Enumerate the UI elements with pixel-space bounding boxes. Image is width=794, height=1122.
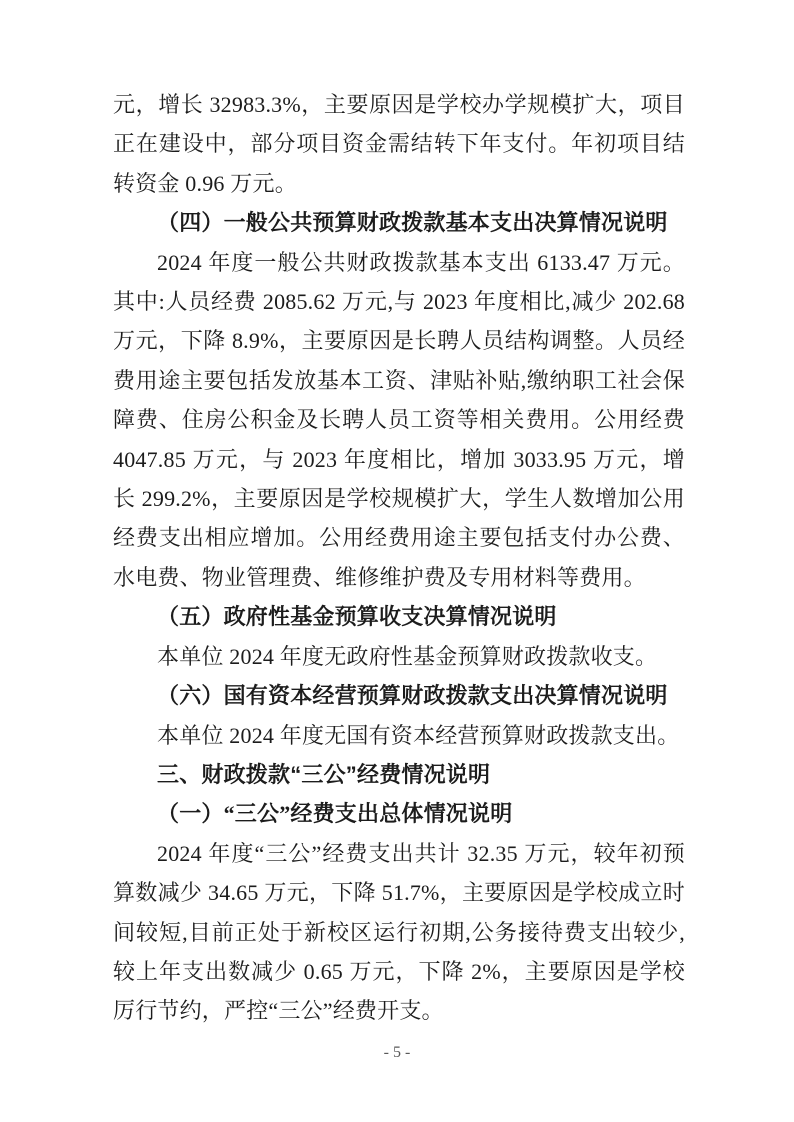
heading-section-five-government-fund: （五）政府性基金预算收支决算情况说明: [113, 597, 685, 636]
heading-section-six-state-capital: （六）国有资本经营预算财政拨款支出决算情况说明: [113, 676, 685, 715]
page-number: - 5 -: [0, 1044, 794, 1062]
document-body: 元，增长 32983.3%，主要原因是学校办学规模扩大，项目正在建设中，部分项目…: [113, 85, 685, 1031]
heading-section-one-sangong-overview: （一）“三公”经费支出总体情况说明: [113, 794, 685, 833]
heading-chapter-three-sangong-funds: 三、财政拨款“三公”经费情况说明: [113, 755, 685, 794]
paragraph-no-government-fund: 本单位 2024 年度无政府性基金预算财政拨款收支。: [113, 637, 685, 676]
paragraph-sangong-expenditure-detail: 2024 年度“三公”经费支出共计 32.35 万元，较年初预算数减少 34.6…: [113, 834, 685, 1031]
document-page: 元，增长 32983.3%，主要原因是学校办学规模扩大，项目正在建设中，部分项目…: [0, 0, 794, 1122]
paragraph-carryover-funds: 元，增长 32983.3%，主要原因是学校办学规模扩大，项目正在建设中，部分项目…: [113, 85, 685, 203]
heading-section-four-basic-expenditure: （四）一般公共预算财政拨款基本支出决算情况说明: [113, 203, 685, 242]
paragraph-basic-expenditure-detail: 2024 年度一般公共财政拨款基本支出 6133.47 万元。其中:人员经费 2…: [113, 243, 685, 598]
paragraph-no-state-capital: 本单位 2024 年度无国有资本经营预算财政拨款支出。: [113, 716, 685, 755]
